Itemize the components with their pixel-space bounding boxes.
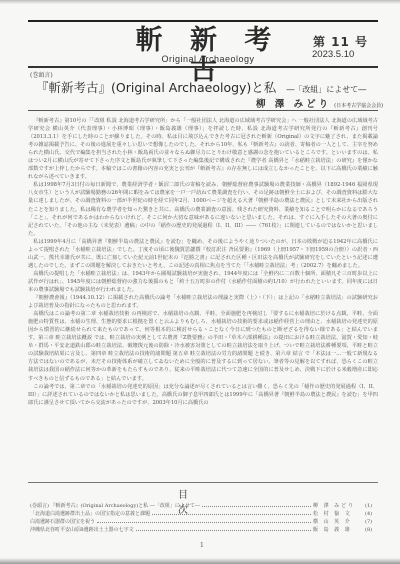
toc-entry-title: 「北海道白滝遺跡群出土品」の国宝指定の意義と課題 [30, 510, 150, 518]
toc-leader-dots [202, 502, 311, 507]
table-of-contents: (巻頭言) 『斬新考古』(Original Archaeology)と私 ―「改… [30, 502, 375, 534]
author-affiliation: (日本考古学協会会員) [334, 103, 383, 109]
article-title-main: 『斬新考古』(Original Archaeology)と私 [36, 80, 276, 95]
article-title: 『斬新考古』(Original Archaeology)と私―「改組」によせて― [36, 78, 366, 96]
scan-shadow-bottom [0, 558, 400, 564]
toc-entry: (巻頭言) 『斬新考古』(Original Archaeology)と私 ―「改… [30, 502, 375, 510]
article-paragraph: この論考では、第二章での「水稲栽培の発達史的原因」は充分な論述が尽くされていると… [28, 383, 378, 407]
article-subtitle: ―「改組」によせて― [286, 85, 366, 94]
article-author: 柳 澤 みどり(日本考古学協会会員) [256, 96, 383, 110]
author-name: 柳 澤 みどり [256, 99, 331, 110]
article-rule [28, 110, 378, 111]
article-paragraph: 私は1998年7月3日付の毎日新聞で、農業経済学者・飯沼二郎氏の寄稿を読み、朝鮮… [28, 181, 378, 237]
toc-entry-author: 飯 島 義 雄 [313, 526, 365, 534]
toc-entry-page: (1) [365, 502, 375, 510]
toc-entry-author: 柳 澤 みどり [313, 502, 365, 510]
toc-entry-page: (4) [365, 510, 375, 518]
toc-entry-page: (8) [365, 526, 375, 534]
toc-entry-title: (巻頭言) 『斬新考古』(Original Archaeology)と私 ―「改… [30, 502, 200, 510]
issue-date: 2023.5.10 [312, 49, 354, 60]
masthead-rule-bottom [28, 66, 378, 68]
toc-entry: 「北海道白滝遺跡群出土品」の国宝指定の意義と課題 松 村 愉 文 (4) [30, 510, 375, 518]
article-body: 『斬新考古』第10号の「「改組 私設 北海道考古学研究所」から「一般社団法人 北… [28, 117, 378, 482]
toc-entry: 沖縄県北谷町平安山原B遺跡出土土器の七字文 飯 島 義 雄 (8) [30, 526, 375, 534]
toc-entry: 白滝遺跡石器群の国宝を祝う 横 山 英 介 (7) [30, 518, 375, 526]
toc-rule [28, 482, 378, 483]
toc-entry-author: 松 村 愉 文 [313, 510, 365, 518]
toc-entry-author: 横 山 英 介 [313, 518, 365, 526]
masthead-rule-top [28, 20, 378, 22]
page-number: 1 [200, 542, 204, 549]
toc-leader-dots [152, 510, 311, 515]
toc-entry-page: (7) [365, 518, 375, 526]
article-paragraph: 高橋氏はこの論考の第二章 水稲栽培技術 の再検討で、水稲栽培の点観、平畦、全面施… [28, 310, 378, 382]
issue-number: 第 11 号 [313, 33, 368, 50]
article-paragraph: 私は1999年4月に「高橋昇著『朝鮮半島の農法と農民』を読む」を纏め、その後によ… [28, 238, 378, 270]
article-paragraph: 『朝鮮農會報』（1944.10.12）に掲載された高橋氏の論考「水稲畦立栽培法の… [28, 294, 378, 310]
masthead-subtitle: Original Archaeology [128, 54, 288, 64]
article-paragraph: 高橋氏の提唱した「水稲畦立栽培法」は、1943年から圃場試験栽培が実施され、19… [28, 270, 378, 294]
toc-entry-title: 白滝遺跡石器群の国宝を祝う [30, 518, 95, 526]
toc-leader-dots [97, 518, 311, 523]
toc-leader-dots [136, 526, 311, 531]
toc-entry-title: 沖縄県北谷町平安山原B遺跡出土土器の七字文 [30, 526, 134, 534]
article-paragraph: 『斬新考古』第10号の「「改組 私設 北海道考古学研究所」から「一般社団法人 北… [28, 117, 378, 181]
newsletter-page: 斬 新 考 古 Original Archaeology 第 11 号 2023… [28, 0, 378, 564]
